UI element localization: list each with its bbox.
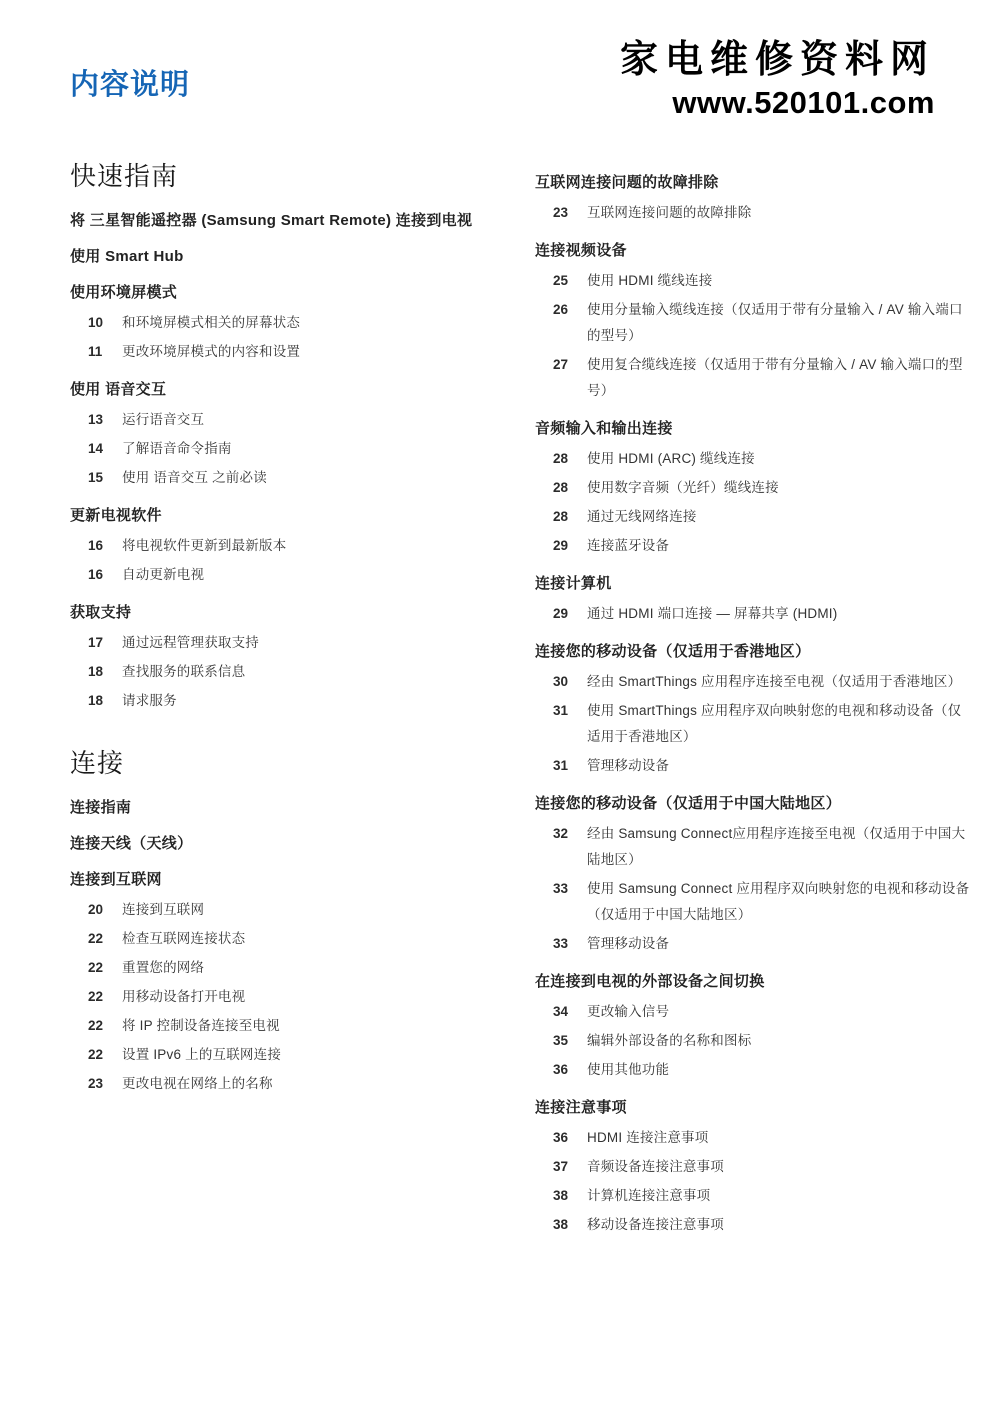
toc-entry: 17通过远程管理获取支持 bbox=[88, 630, 505, 656]
toc-entry-text: 使用 HDMI (ARC) 缆线连接 bbox=[587, 446, 970, 472]
section-heading: 将 三星智能遥控器 (Samsung Smart Remote) 连接到电视 bbox=[70, 210, 505, 232]
toc-entry-list: 17通过远程管理获取支持18查找服务的联系信息18请求服务 bbox=[70, 630, 505, 714]
toc-entry-list: 25使用 HDMI 缆线连接26使用分量输入缆线连接（仅适用于带有分量输入 / … bbox=[535, 268, 970, 404]
toc-entry-text: 请求服务 bbox=[122, 688, 505, 714]
toc-entry: 15使用 语音交互 之前必读 bbox=[88, 465, 505, 491]
toc-entry-text: 使用 HDMI 缆线连接 bbox=[587, 268, 970, 294]
toc-entry-page-number: 34 bbox=[553, 999, 587, 1025]
toc-entry-text: 检查互联网连接状态 bbox=[122, 926, 505, 952]
toc-section: 连接您的移动设备（仅适用于香港地区）30经由 SmartThings 应用程序连… bbox=[535, 641, 970, 779]
toc-entry-text: 了解语音命令指南 bbox=[122, 436, 505, 462]
toc-entry: 14了解语音命令指南 bbox=[88, 436, 505, 462]
toc-entry: 22检查互联网连接状态 bbox=[88, 926, 505, 952]
toc-entry-page-number: 11 bbox=[88, 339, 122, 365]
toc-section: 连接您的移动设备（仅适用于中国大陆地区）32经由 Samsung Connect… bbox=[535, 793, 970, 957]
toc-entry-text: 使用分量输入缆线连接（仅适用于带有分量输入 / AV 输入端口的型号） bbox=[587, 297, 970, 349]
toc-entry: 30经由 SmartThings 应用程序连接至电视（仅适用于香港地区） bbox=[553, 669, 970, 695]
toc-entry-text: 使用复合缆线连接（仅适用于带有分量输入 / AV 输入端口的型号） bbox=[587, 352, 970, 404]
toc-entry-page-number: 32 bbox=[553, 821, 587, 873]
toc-entry-page-number: 18 bbox=[88, 659, 122, 685]
toc-entry: 31使用 SmartThings 应用程序双向映射您的电视和移动设备（仅适用于香… bbox=[553, 698, 970, 750]
toc-entry-list: 32经由 Samsung Connect应用程序连接至电视（仅适用于中国大陆地区… bbox=[535, 821, 970, 957]
toc-entry-list: 16将电视软件更新到最新版本16自动更新电视 bbox=[70, 533, 505, 588]
toc-entry-text: 运行语音交互 bbox=[122, 407, 505, 433]
toc-entry-page-number: 10 bbox=[88, 310, 122, 336]
toc-entry-page-number: 27 bbox=[553, 352, 587, 404]
toc-entry-text: 管理移动设备 bbox=[587, 931, 970, 957]
toc-entry-page-number: 26 bbox=[553, 297, 587, 349]
toc-entry: 18查找服务的联系信息 bbox=[88, 659, 505, 685]
toc-entry-page-number: 14 bbox=[88, 436, 122, 462]
toc-entry-page-number: 29 bbox=[553, 533, 587, 559]
toc-section: 连接天线（天线） bbox=[70, 833, 505, 855]
toc-entry: 37音频设备连接注意事项 bbox=[553, 1154, 970, 1180]
toc-entry: 33使用 Samsung Connect 应用程序双向映射您的电视和移动设备（仅… bbox=[553, 876, 970, 928]
toc-entry-text: 连接蓝牙设备 bbox=[587, 533, 970, 559]
section-heading: 连接天线（天线） bbox=[70, 833, 505, 855]
section-heading: 连接到互联网 bbox=[70, 869, 505, 891]
toc-entry: 22设置 IPv6 上的互联网连接 bbox=[88, 1042, 505, 1068]
toc-entry: 22用移动设备打开电视 bbox=[88, 984, 505, 1010]
toc-entry-list: 20连接到互联网22检查互联网连接状态22重置您的网络22用移动设备打开电视22… bbox=[70, 897, 505, 1097]
toc-entry-page-number: 22 bbox=[88, 1042, 122, 1068]
toc-entry-text: 更改输入信号 bbox=[587, 999, 970, 1025]
toc-entry-text: 设置 IPv6 上的互联网连接 bbox=[122, 1042, 505, 1068]
toc-entry-text: 和环境屏模式相关的屏幕状态 bbox=[122, 310, 505, 336]
toc-entry: 16将电视软件更新到最新版本 bbox=[88, 533, 505, 559]
toc-entry-page-number: 35 bbox=[553, 1028, 587, 1054]
section-heading: 使用环境屏模式 bbox=[70, 282, 505, 304]
toc-entry: 28使用数字音频（光纤）缆线连接 bbox=[553, 475, 970, 501]
toc-entry: 31管理移动设备 bbox=[553, 753, 970, 779]
watermark-logo: 家电维修资料网 www.520101.com bbox=[620, 28, 935, 121]
toc-entry-page-number: 22 bbox=[88, 1013, 122, 1039]
toc-entry-page-number: 38 bbox=[553, 1212, 587, 1238]
toc-entry: 26使用分量输入缆线连接（仅适用于带有分量输入 / AV 输入端口的型号） bbox=[553, 297, 970, 349]
toc-entry: 20连接到互联网 bbox=[88, 897, 505, 923]
toc-entry-page-number: 20 bbox=[88, 897, 122, 923]
toc-entry: 25使用 HDMI 缆线连接 bbox=[553, 268, 970, 294]
toc-entry-page-number: 28 bbox=[553, 504, 587, 530]
document-page: 内容说明 家电维修资料网 www.520101.com 快速指南将 三星智能遥控… bbox=[0, 0, 993, 1404]
toc-entry-text: 使用其他功能 bbox=[587, 1057, 970, 1083]
toc-entry: 22将 IP 控制设备连接至电视 bbox=[88, 1013, 505, 1039]
section-heading: 连接您的移动设备（仅适用于中国大陆地区） bbox=[535, 793, 970, 815]
toc-entry-page-number: 25 bbox=[553, 268, 587, 294]
watermark-site-name: 家电维修资料网 bbox=[620, 28, 935, 83]
toc-entry: 32经由 Samsung Connect应用程序连接至电视（仅适用于中国大陆地区… bbox=[553, 821, 970, 873]
toc-entry-list: 30经由 SmartThings 应用程序连接至电视（仅适用于香港地区）31使用… bbox=[535, 669, 970, 779]
toc-section: 将 三星智能遥控器 (Samsung Smart Remote) 连接到电视 bbox=[70, 210, 505, 232]
toc-entry-list: 13运行语音交互14了解语音命令指南15使用 语音交互 之前必读 bbox=[70, 407, 505, 491]
toc-entry: 23更改电视在网络上的名称 bbox=[88, 1071, 505, 1097]
toc-section: 连接注意事项36HDMI 连接注意事项37音频设备连接注意事项38计算机连接注意… bbox=[535, 1097, 970, 1238]
toc-section: 在连接到电视的外部设备之间切换34更改输入信号35编辑外部设备的名称和图标36使… bbox=[535, 971, 970, 1083]
toc-section: 连接到互联网20连接到互联网22检查互联网连接状态22重置您的网络22用移动设备… bbox=[70, 869, 505, 1097]
toc-section: 连接视频设备25使用 HDMI 缆线连接26使用分量输入缆线连接（仅适用于带有分… bbox=[535, 240, 970, 404]
toc-entry-text: 使用 Samsung Connect 应用程序双向映射您的电视和移动设备（仅适用… bbox=[587, 876, 970, 928]
toc-entry: 11更改环境屏模式的内容和设置 bbox=[88, 339, 505, 365]
toc-entry-page-number: 23 bbox=[553, 200, 587, 226]
right-column: 互联网连接问题的故障排除23互联网连接问题的故障排除连接视频设备25使用 HDM… bbox=[535, 158, 970, 1238]
toc-entry-text: 音频设备连接注意事项 bbox=[587, 1154, 970, 1180]
section-heading: 连接注意事项 bbox=[535, 1097, 970, 1119]
toc-entry: 28通过无线网络连接 bbox=[553, 504, 970, 530]
toc-entry: 33管理移动设备 bbox=[553, 931, 970, 957]
toc-entry-page-number: 38 bbox=[553, 1183, 587, 1209]
toc-entry-text: 移动设备连接注意事项 bbox=[587, 1212, 970, 1238]
section-heading: 在连接到电视的外部设备之间切换 bbox=[535, 971, 970, 993]
toc-entry-text: 通过无线网络连接 bbox=[587, 504, 970, 530]
toc-entry-text: 使用 SmartThings 应用程序双向映射您的电视和移动设备（仅适用于香港地… bbox=[587, 698, 970, 750]
toc-entry-page-number: 33 bbox=[553, 876, 587, 928]
toc-section: 使用 语音交互13运行语音交互14了解语音命令指南15使用 语音交互 之前必读 bbox=[70, 379, 505, 491]
toc-entry-text: 通过 HDMI 端口连接 — 屏幕共享 (HDMI) bbox=[587, 601, 970, 627]
toc-entry-page-number: 18 bbox=[88, 688, 122, 714]
toc-entry-page-number: 23 bbox=[88, 1071, 122, 1097]
section-heading: 互联网连接问题的故障排除 bbox=[535, 172, 970, 194]
toc-entry: 10和环境屏模式相关的屏幕状态 bbox=[88, 310, 505, 336]
toc-entry-page-number: 16 bbox=[88, 562, 122, 588]
left-column: 快速指南将 三星智能遥控器 (Samsung Smart Remote) 连接到… bbox=[70, 158, 505, 1238]
toc-entry-text: 使用数字音频（光纤）缆线连接 bbox=[587, 475, 970, 501]
toc-entry-text: 经由 Samsung Connect应用程序连接至电视（仅适用于中国大陆地区） bbox=[587, 821, 970, 873]
toc-entry-page-number: 28 bbox=[553, 475, 587, 501]
toc-entry-page-number: 16 bbox=[88, 533, 122, 559]
toc-entry-text: 计算机连接注意事项 bbox=[587, 1183, 970, 1209]
toc-entry-page-number: 17 bbox=[88, 630, 122, 656]
toc-section: 音频输入和输出连接28使用 HDMI (ARC) 缆线连接28使用数字音频（光纤… bbox=[535, 418, 970, 559]
page-title: 内容说明 bbox=[70, 62, 190, 103]
toc-entry-text: 经由 SmartThings 应用程序连接至电视（仅适用于香港地区） bbox=[587, 669, 970, 695]
toc-entry-page-number: 15 bbox=[88, 465, 122, 491]
toc-section: 更新电视软件16将电视软件更新到最新版本16自动更新电视 bbox=[70, 505, 505, 588]
watermark-site-url: www.520101.com bbox=[620, 85, 935, 121]
toc-entry: 28使用 HDMI (ARC) 缆线连接 bbox=[553, 446, 970, 472]
toc-entry-page-number: 28 bbox=[553, 446, 587, 472]
toc-entry: 29连接蓝牙设备 bbox=[553, 533, 970, 559]
toc-entry-page-number: 13 bbox=[88, 407, 122, 433]
toc-entry-page-number: 31 bbox=[553, 698, 587, 750]
toc-entry: 38计算机连接注意事项 bbox=[553, 1183, 970, 1209]
toc-entry: 36使用其他功能 bbox=[553, 1057, 970, 1083]
toc-entry-text: HDMI 连接注意事项 bbox=[587, 1125, 970, 1151]
toc-entry: 38移动设备连接注意事项 bbox=[553, 1212, 970, 1238]
toc-entry: 16自动更新电视 bbox=[88, 562, 505, 588]
toc-section: 使用 Smart Hub bbox=[70, 246, 505, 268]
toc-columns: 快速指南将 三星智能遥控器 (Samsung Smart Remote) 连接到… bbox=[70, 158, 937, 1238]
section-heading: 获取支持 bbox=[70, 602, 505, 624]
toc-entry-text: 通过远程管理获取支持 bbox=[122, 630, 505, 656]
toc-entry-text: 将电视软件更新到最新版本 bbox=[122, 533, 505, 559]
toc-entry: 27使用复合缆线连接（仅适用于带有分量输入 / AV 输入端口的型号） bbox=[553, 352, 970, 404]
toc-entry-page-number: 30 bbox=[553, 669, 587, 695]
toc-entry-text: 查找服务的联系信息 bbox=[122, 659, 505, 685]
section-heading: 使用 Smart Hub bbox=[70, 246, 505, 268]
toc-entry-page-number: 36 bbox=[553, 1057, 587, 1083]
toc-entry-list: 10和环境屏模式相关的屏幕状态11更改环境屏模式的内容和设置 bbox=[70, 310, 505, 365]
toc-entry-text: 互联网连接问题的故障排除 bbox=[587, 200, 970, 226]
toc-entry-text: 连接到互联网 bbox=[122, 897, 505, 923]
toc-entry-text: 重置您的网络 bbox=[122, 955, 505, 981]
toc-entry-text: 管理移动设备 bbox=[587, 753, 970, 779]
toc-entry-list: 29通过 HDMI 端口连接 — 屏幕共享 (HDMI) bbox=[535, 601, 970, 627]
toc-entry: 23互联网连接问题的故障排除 bbox=[553, 200, 970, 226]
toc-section: 连接计算机29通过 HDMI 端口连接 — 屏幕共享 (HDMI) bbox=[535, 573, 970, 627]
toc-entry-page-number: 29 bbox=[553, 601, 587, 627]
toc-entry-list: 28使用 HDMI (ARC) 缆线连接28使用数字音频（光纤）缆线连接28通过… bbox=[535, 446, 970, 559]
toc-section: 使用环境屏模式10和环境屏模式相关的屏幕状态11更改环境屏模式的内容和设置 bbox=[70, 282, 505, 365]
toc-entry-list: 34更改输入信号35编辑外部设备的名称和图标36使用其他功能 bbox=[535, 999, 970, 1083]
toc-entry-list: 23互联网连接问题的故障排除 bbox=[535, 200, 970, 226]
toc-entry: 29通过 HDMI 端口连接 — 屏幕共享 (HDMI) bbox=[553, 601, 970, 627]
toc-entry: 36HDMI 连接注意事项 bbox=[553, 1125, 970, 1151]
toc-entry-page-number: 31 bbox=[553, 753, 587, 779]
toc-entry-page-number: 36 bbox=[553, 1125, 587, 1151]
toc-entry: 13运行语音交互 bbox=[88, 407, 505, 433]
toc-entry-page-number: 33 bbox=[553, 931, 587, 957]
section-heading: 音频输入和输出连接 bbox=[535, 418, 970, 440]
toc-entry: 35编辑外部设备的名称和图标 bbox=[553, 1028, 970, 1054]
section-heading: 更新电视软件 bbox=[70, 505, 505, 527]
toc-entry-text: 用移动设备打开电视 bbox=[122, 984, 505, 1010]
toc-entry: 34更改输入信号 bbox=[553, 999, 970, 1025]
toc-section: 互联网连接问题的故障排除23互联网连接问题的故障排除 bbox=[535, 172, 970, 226]
toc-entry-list: 36HDMI 连接注意事项37音频设备连接注意事项38计算机连接注意事项38移动… bbox=[535, 1125, 970, 1238]
toc-entry: 22重置您的网络 bbox=[88, 955, 505, 981]
chapter-heading: 快速指南 bbox=[70, 158, 505, 194]
section-heading: 连接指南 bbox=[70, 797, 505, 819]
section-heading: 连接您的移动设备（仅适用于香港地区） bbox=[535, 641, 970, 663]
toc-entry-text: 更改环境屏模式的内容和设置 bbox=[122, 339, 505, 365]
section-heading: 连接视频设备 bbox=[535, 240, 970, 262]
toc-entry-page-number: 22 bbox=[88, 984, 122, 1010]
toc-entry-text: 更改电视在网络上的名称 bbox=[122, 1071, 505, 1097]
toc-section: 连接指南 bbox=[70, 797, 505, 819]
toc-section: 获取支持17通过远程管理获取支持18查找服务的联系信息18请求服务 bbox=[70, 602, 505, 714]
toc-entry-page-number: 37 bbox=[553, 1154, 587, 1180]
chapter-heading: 连接 bbox=[70, 745, 505, 781]
toc-entry-text: 将 IP 控制设备连接至电视 bbox=[122, 1013, 505, 1039]
toc-entry-page-number: 22 bbox=[88, 926, 122, 952]
toc-entry: 18请求服务 bbox=[88, 688, 505, 714]
toc-entry-page-number: 22 bbox=[88, 955, 122, 981]
section-heading: 使用 语音交互 bbox=[70, 379, 505, 401]
section-heading: 连接计算机 bbox=[535, 573, 970, 595]
toc-entry-text: 使用 语音交互 之前必读 bbox=[122, 465, 505, 491]
toc-entry-text: 编辑外部设备的名称和图标 bbox=[587, 1028, 970, 1054]
toc-entry-text: 自动更新电视 bbox=[122, 562, 505, 588]
